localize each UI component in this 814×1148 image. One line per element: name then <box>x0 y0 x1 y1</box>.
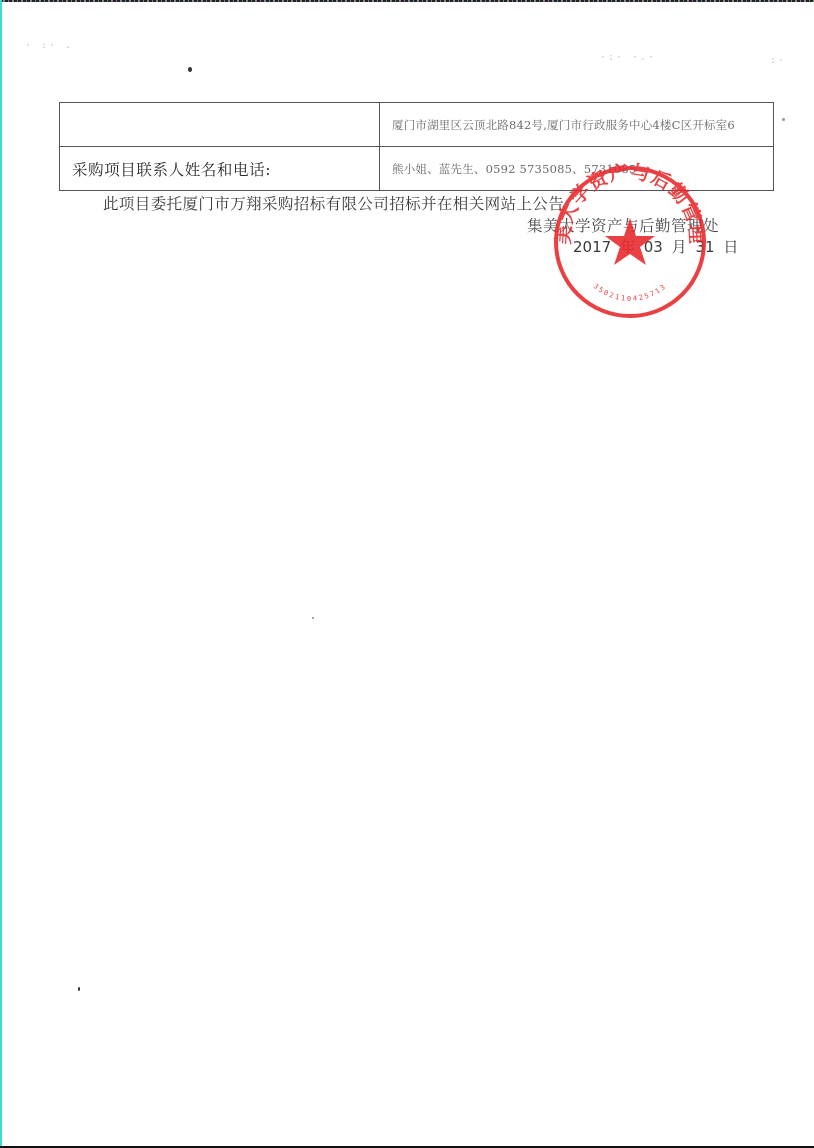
scan-noise-left: · :· . <box>25 40 73 51</box>
scan-speck <box>188 67 192 72</box>
date-day-unit: 日 <box>723 238 738 256</box>
bid-opening-address: 厦门市湖里区云顶北路842号,厦门市行政服务中心4楼C区开标室6 <box>380 103 774 147</box>
scan-noise-right: ·:· ·.· <box>600 52 656 63</box>
scan-noise-right: :· <box>770 55 786 66</box>
scan-speck <box>782 118 785 121</box>
seal-serial: 3502110425713 <box>592 282 669 303</box>
official-seal-icon: 集美大学资产与后勤管理处 3502110425713 <box>550 162 710 322</box>
seal-star <box>605 218 655 265</box>
entrustment-notice: 此项目委托厦门市万翔采购招标有限公司招标并在相关网站上公告 <box>103 192 564 214</box>
scan-top-edge <box>0 0 814 2</box>
table-row: 厦门市湖里区云顶北路842号,厦门市行政服务中心4楼C区开标室6 <box>60 103 774 147</box>
svg-text:3502110425713: 3502110425713 <box>592 282 669 303</box>
scan-left-edge <box>0 0 2 1148</box>
scan-speck <box>312 617 314 619</box>
scan-speck <box>78 987 80 991</box>
row-label <box>60 103 380 147</box>
contact-label: 采购项目联系人姓名和电话: <box>60 147 380 191</box>
